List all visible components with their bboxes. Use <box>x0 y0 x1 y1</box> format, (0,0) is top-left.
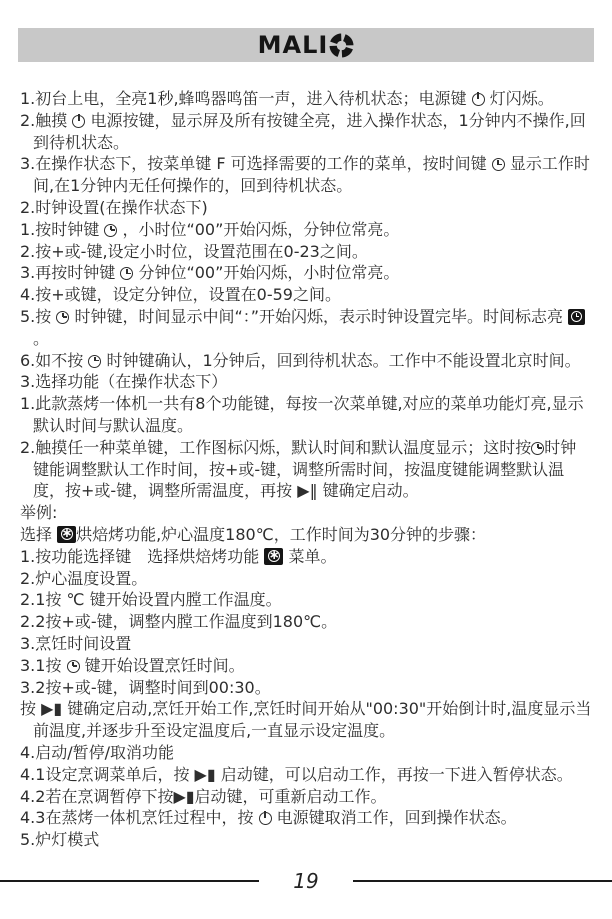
text-line: 2.按+或-键,设定小时位，设置范围在0-23之间。 <box>20 241 592 263</box>
clock-icon <box>88 355 101 368</box>
text-line: 4.2若在烹调暂停下按▶▮启动键，可重新启动工作。 <box>20 786 592 808</box>
text-line: 按 ▶▮ 键确定启动,烹饪开始工作,烹饪时间开始从"00:30"开始倒计时,温度… <box>20 698 592 742</box>
clock-icon <box>67 660 80 673</box>
footer-rule-right <box>353 880 612 882</box>
text-line: 举例: <box>20 502 592 524</box>
page-footer: 19 <box>0 869 612 893</box>
manual-page: MALI 1.初台上电，全亮1秒,蜂鸣器鸣笛一声，进入待机状态；电源键 灯闪烁。… <box>0 0 612 919</box>
brand-bar: MALI <box>18 28 594 62</box>
text-line: 5.炉灯模式 <box>20 829 592 851</box>
text-line: 2.触摸任一种菜单键，工作图标闪烁，默认时间和默认温度显示；这时按时钟键能调整默… <box>20 437 592 502</box>
text-line: 选择 ∗烘焙烤功能,炉心温度180℃，工作时间为30分钟的步骤： <box>20 524 592 546</box>
clock-icon <box>104 224 117 237</box>
text-line: 1.此款蒸烤一体机一共有8个功能键，每按一次菜单键,对应的菜单功能灯亮,显示默认… <box>20 393 592 437</box>
brand-text: MALI <box>258 31 329 59</box>
text-line: 2.2按+或-键，调整内膛工作温度到180℃。 <box>20 611 592 633</box>
clock-icon <box>531 442 544 455</box>
text-line: 5.按 时钟键，时间显示中间“：”开始闪烁，表示时钟设置完毕。时间标志亮 。 <box>20 306 592 350</box>
footer-rule-left <box>0 880 259 882</box>
bake-function-icon: ∗ <box>264 548 283 565</box>
text-line: 2.炉心温度设置。 <box>20 568 592 590</box>
clock-icon <box>120 267 133 280</box>
text-line: 4.启动/暂停/取消功能 <box>20 742 592 764</box>
text-line: 3.2按+或-键，调整时间到00:30。 <box>20 677 592 699</box>
text-line: 4.1设定烹调菜单后，按 ▶▮ 启动键，可以启动工作，再按一下进入暂停状态。 <box>20 764 592 786</box>
text-line: 4.3在蒸烤一体机烹饪过程中，按 电源键取消工作，回到操作状态。 <box>20 807 592 829</box>
text-line: 3.烹饪时间设置 <box>20 633 592 655</box>
power-icon <box>472 93 485 106</box>
time-mark-icon <box>568 309 585 325</box>
clock-icon <box>56 311 69 324</box>
power-icon <box>259 812 272 825</box>
text-line: 6.如不按 时钟键确认，1分钟后，回到待机状态。工作中不能设置北京时间。 <box>20 350 592 372</box>
bake-function-icon: ∗ <box>57 526 76 543</box>
clock-icon <box>492 158 505 171</box>
text-line: 1.按功能选择键 选择烘焙烤功能 ∗ 菜单。 <box>20 546 592 568</box>
text-line: 1.按时钟键 ，小时位“00”开始闪烁，分钟位常亮。 <box>20 219 592 241</box>
manual-text: 1.初台上电，全亮1秒,蜂鸣器鸣笛一声，进入待机状态；电源键 灯闪烁。2.触摸 … <box>20 88 592 851</box>
text-line: 1.初台上电，全亮1秒,蜂鸣器鸣笛一声，进入待机状态；电源键 灯闪烁。 <box>20 88 592 110</box>
brand-o-icon <box>329 33 354 58</box>
text-line: 2.触摸 电源按键，显示屏及所有按键全亮，进入操作状态，1分钟内不操作,回到待机… <box>20 110 592 154</box>
text-line: 2.1按 ℃ 键开始设置内膛工作温度。 <box>20 589 592 611</box>
text-line: 3.选择功能（在操作状态下） <box>20 371 592 393</box>
text-line: 2.时钟设置(在操作状态下) <box>20 197 592 219</box>
brand-logo: MALI <box>258 31 355 59</box>
text-line: 3.在操作状态下，按菜单键 F 可选择需要的工作的菜单，按时间键 显示工作时间,… <box>20 153 592 197</box>
power-icon <box>72 115 85 128</box>
text-line: 3.1按 键开始设置烹饪时间。 <box>20 655 592 677</box>
text-line: 4.按+或键，设定分钟位，设置在0-59之间。 <box>20 284 592 306</box>
text-line: 3.再按时钟键 分钟位“00”开始闪烁，小时位常亮。 <box>20 262 592 284</box>
page-number: 19 <box>293 869 318 893</box>
